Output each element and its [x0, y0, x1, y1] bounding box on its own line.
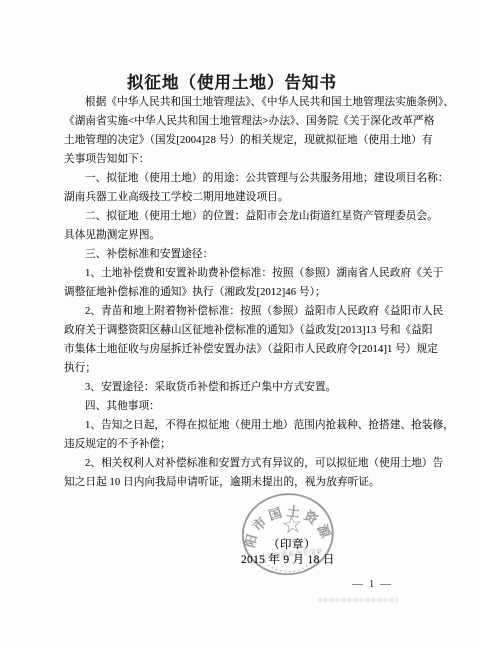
text-line: 1、土地补偿费和安置补助费补偿标准：按照（参照）湖南省人民政府《关于: [64, 264, 440, 283]
document-body: 根据《中华人民共和国土地管理法》、《中华人民共和国土地管理法实施条例》、《湖南省…: [64, 93, 440, 492]
text-line: 政府关于调整资阳区赫山区征地补偿标准的通知》（益政发[2013]13 号和《益阳: [64, 321, 440, 340]
text-line: 三、补偿标准和安置途径：: [64, 245, 440, 264]
text-line: 违反规定的不予补偿；: [64, 435, 440, 454]
document-title: 拟征地（使用土地）告知书: [0, 69, 464, 93]
text-line: 二、拟征地（使用土地）的位置：益阳市会龙山街道红星资产管理委员会。: [64, 207, 440, 226]
text-line: 执行；: [64, 359, 440, 378]
text-line: 市集体土地征收与房屋拆迁补偿安置办法》（益阳市人民政府令[2014]1 号）规定: [64, 340, 440, 359]
text-line: 一、拟征地（使用土地）的用途：公共管理与公共服务用地；建设项目名称：: [64, 169, 440, 188]
text-line: 2、青苗和地上附着物补偿标准：按照（参照）益阳市人民政府《益阳市人民: [64, 302, 440, 321]
text-line: 知之日起 10 日内向我局申请听证，逾期未提出的，视为放弃听证。: [64, 473, 440, 492]
text-line: 根据《中华人民共和国土地管理法》、《中华人民共和国土地管理法实施条例》、: [64, 93, 440, 112]
text-line: 3、安置途径：采取货币补偿和拆迁户集中方式安置。: [64, 378, 440, 397]
text-line: 《湖南省实施<中华人民共和国土地管理法>办法》、国务院《关于深化改革严格: [64, 112, 440, 131]
text-line: 2、相关权利人对补偿标准和安置方式有异议的，可以拟征地（使用土地）告: [64, 454, 440, 473]
text-line: 湖南兵器工业高级技工学校二期用地建设项目。: [64, 188, 440, 207]
text-line: 四、其他事项：: [64, 397, 440, 416]
text-line: 调整征地补偿标准的通知》执行（湘政发[2012]46 号）；: [64, 283, 440, 302]
seal-label: （印章）: [268, 536, 316, 552]
text-line: 关事项告知如下：: [64, 150, 440, 169]
text-line: 具体见勘测定界图。: [64, 226, 440, 245]
page-number: — 1 —: [352, 578, 393, 590]
scan-artifact: [318, 598, 398, 602]
text-line: 土地管理的决定》（国发[2004]28 号）的相关规定，现就拟征地（使用土地）有: [64, 131, 440, 150]
text-line: 1、告知之日起，不得在拟征地（使用土地）范围内抢栽种、抢搭建、抢装修，: [64, 416, 440, 435]
document-page: 拟征地（使用土地）告知书 根据《中华人民共和国土地管理法》、《中华人民共和国土地…: [0, 0, 480, 648]
issue-date: 2015 年 9 月 18 日: [241, 551, 335, 567]
